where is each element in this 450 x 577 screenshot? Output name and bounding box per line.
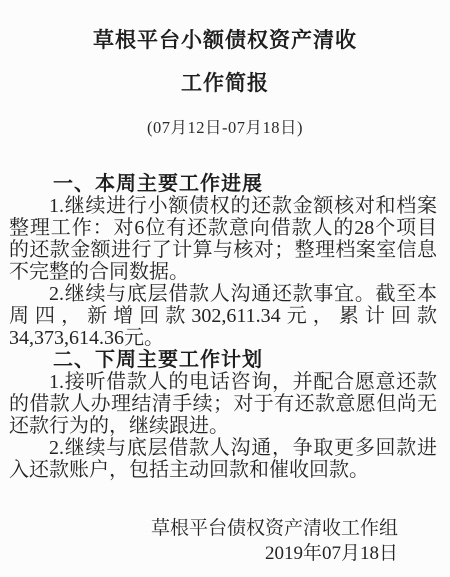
signature-organization: 草根平台债权资产清收工作组 bbox=[0, 516, 398, 541]
document-title-line2: 工作简报 bbox=[0, 52, 450, 95]
this-week-paragraph-1: 1.继续进行小额债权的还款金额核对和档案整理工作：对6位有还款意向借款人的28个… bbox=[9, 195, 437, 283]
document-title-line1: 草根平台小额债权资产清收 bbox=[0, 0, 450, 52]
signature-date: 2019年07月18日 bbox=[0, 541, 398, 566]
section-heading-next-week: 二、下周主要工作计划 bbox=[9, 349, 437, 371]
section-heading-this-week: 一、本周主要工作进展 bbox=[9, 173, 437, 195]
this-week-paragraph-2: 2.继续与底层借款人沟通还款事宜。截至本周四，新增回款302,611.34元，累… bbox=[9, 283, 437, 349]
report-date-range: (07月12日-07月18日) bbox=[0, 114, 450, 138]
next-week-paragraph-2: 2.继续与底层借款人沟通，争取更多回款进入还款账户，包括主动回款和催收回款。 bbox=[9, 437, 437, 481]
signature-block: 草根平台债权资产清收工作组 2019年07月18日 bbox=[0, 516, 450, 566]
document-body: 一、本周主要工作进展 1.继续进行小额债权的还款金额核对和档案整理工作：对6位有… bbox=[0, 173, 450, 481]
next-week-paragraph-1: 1.接听借款人的电话咨询，并配合愿意还款的借款人办理结清手续；对于有还款意愿但尚… bbox=[9, 371, 437, 437]
briefing-document-page: 草根平台小额债权资产清收 工作简报 (07月12日-07月18日) 一、本周主要… bbox=[0, 0, 450, 577]
